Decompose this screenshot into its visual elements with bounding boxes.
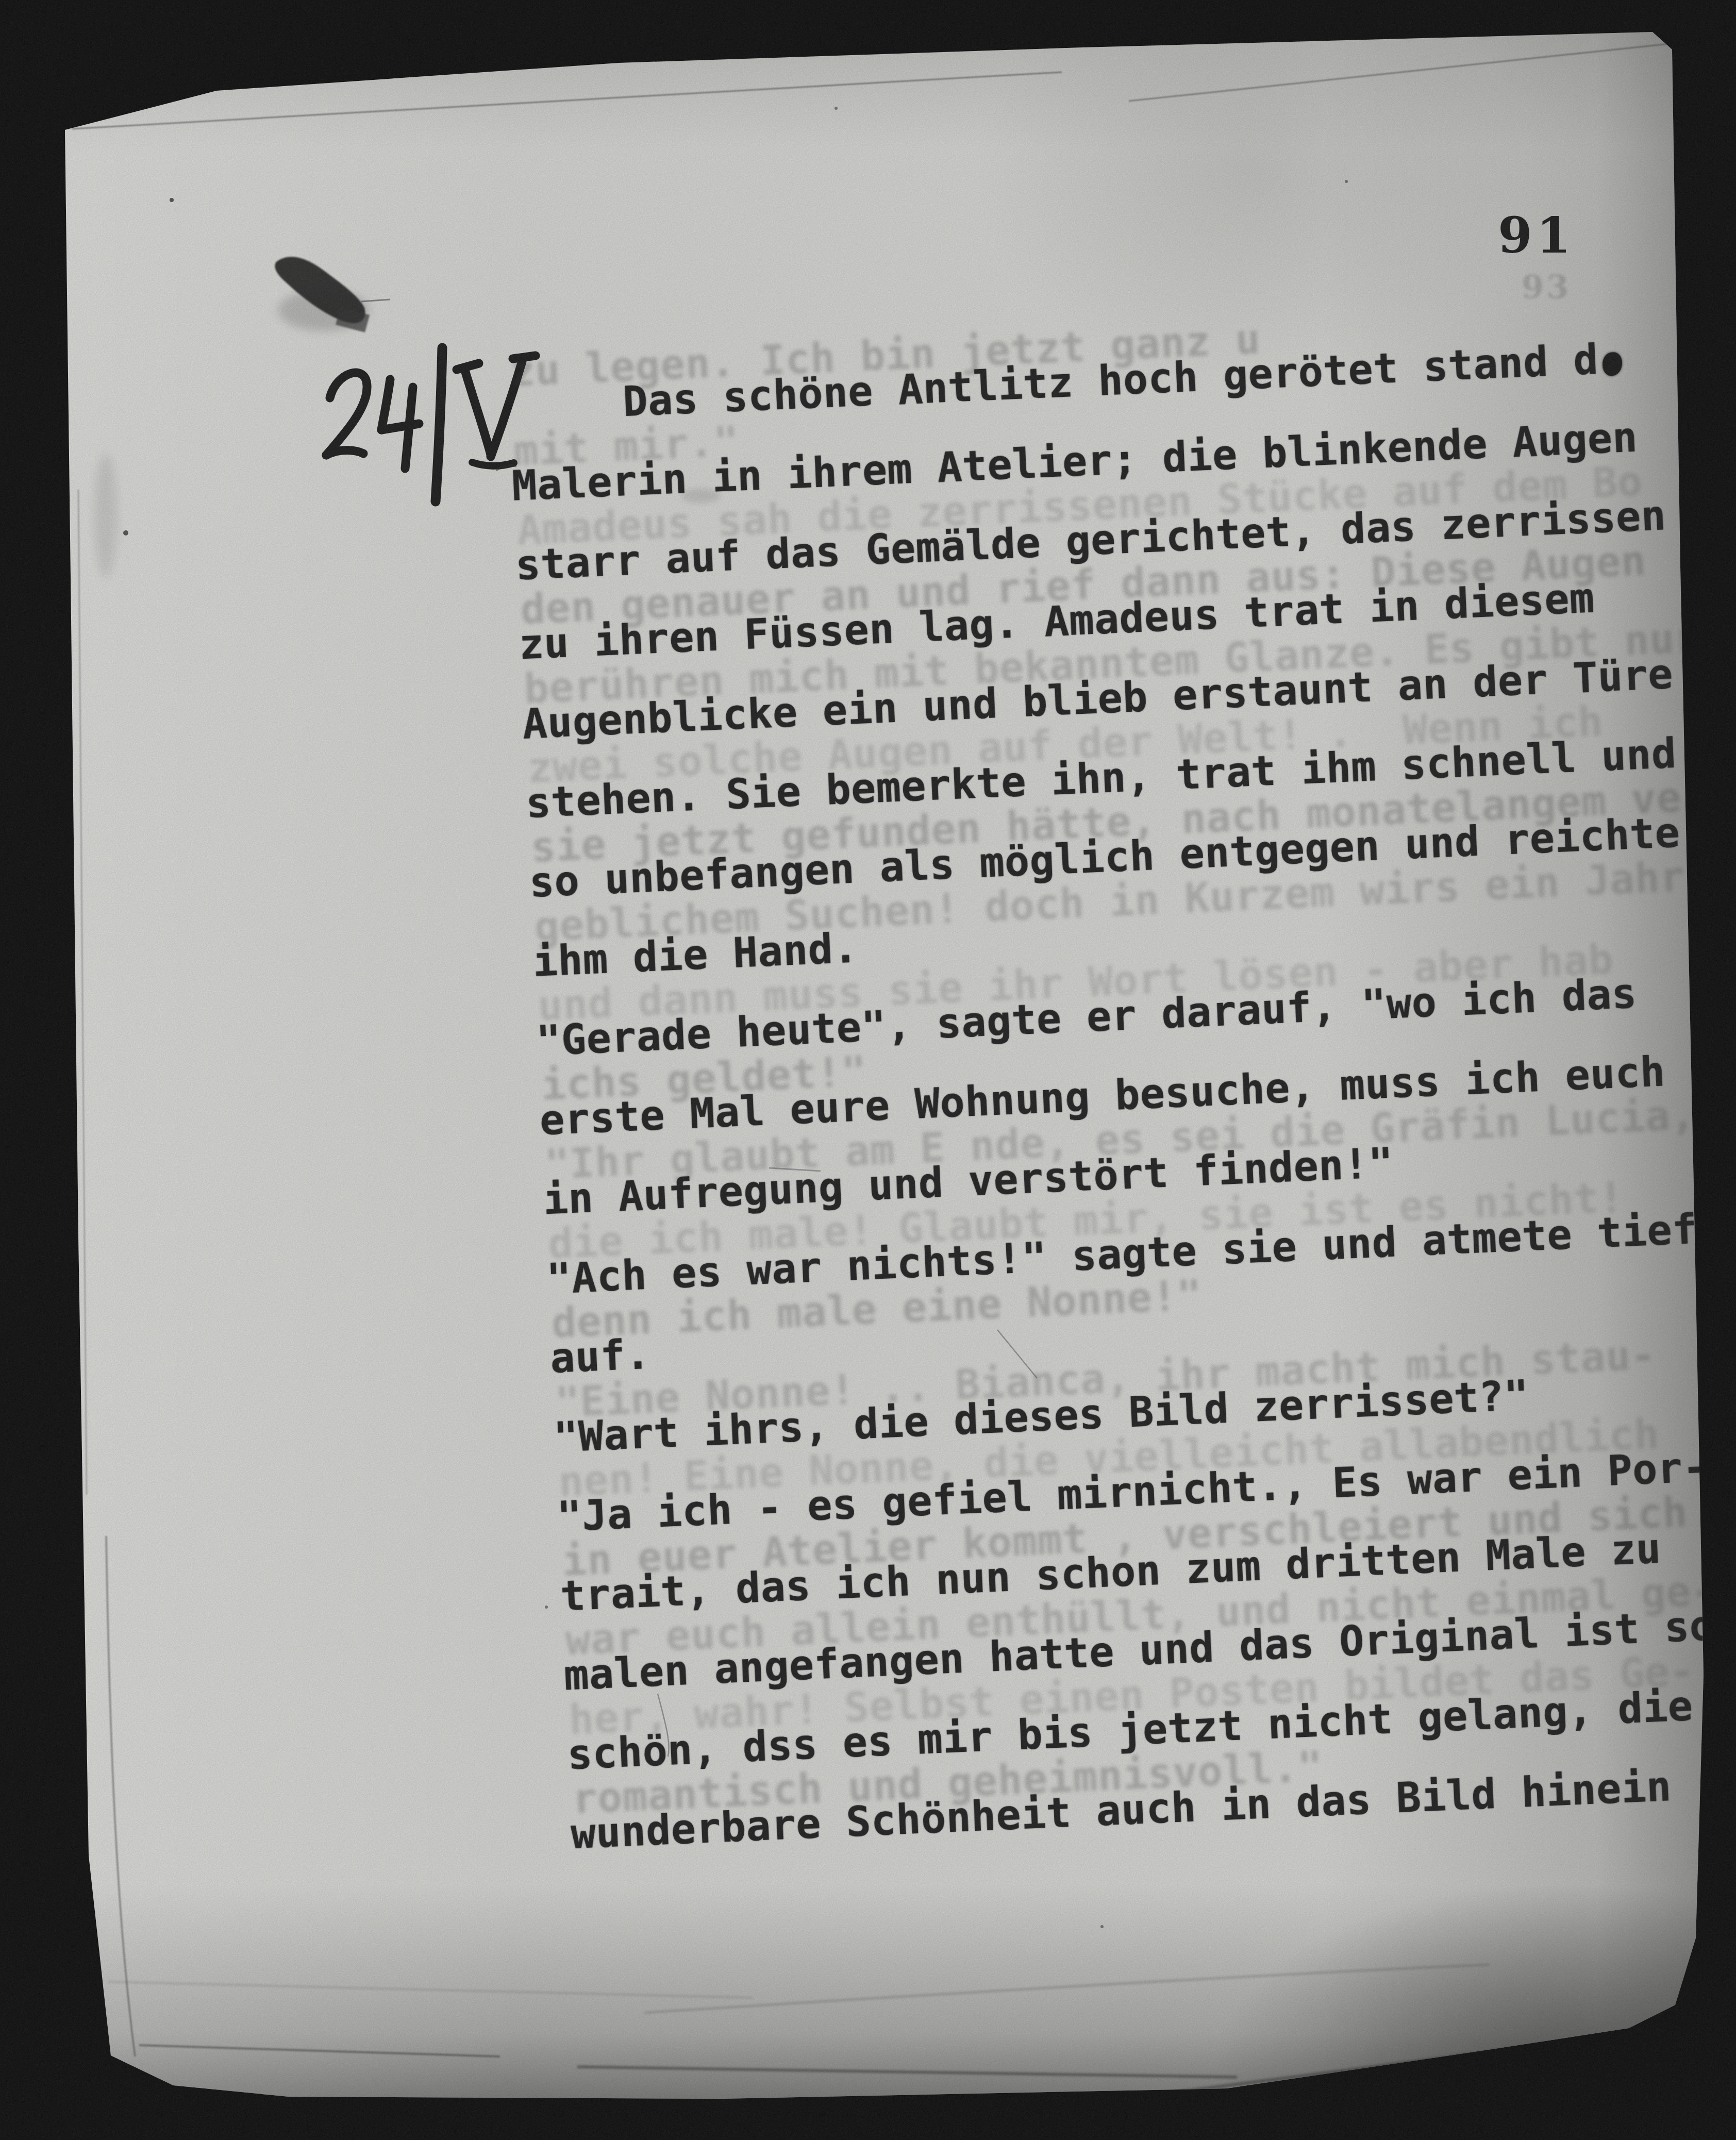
typescript-line: in Aufregung und verstört finden!" — [542, 1143, 1394, 1221]
typescript-line: schön, dss es mir bis jetzt nicht gelang… — [566, 1685, 1694, 1776]
ink-blot — [275, 257, 390, 332]
typescript-line: ihm die Hand. — [532, 927, 859, 982]
typescript-line: "Ja ich - es gefiel mirnicht., Es war ei… — [556, 1447, 1708, 1538]
typescript-line: starr auf das Gemälde gerichtet, das zer… — [514, 495, 1666, 586]
typescript-line: erste Mal eure Wohnung besuche, muss ich… — [539, 1051, 1666, 1141]
page-number: 91 — [1498, 206, 1575, 264]
typescript-line: "Wart ihrs, die dieses Bild zerrisset?" — [553, 1375, 1530, 1459]
handwritten-date — [326, 348, 536, 501]
typescript-line: malen angefangen hatte und das Original … — [563, 1605, 1715, 1696]
film-frame: zu legen. Ich bin jetzt ganz u mit mir."… — [0, 0, 1736, 2140]
typescript-line: Malerin in ihrem Atelier; die blinkende … — [511, 417, 1639, 507]
typescript-line: wunderbare Schönheit auch in das Bild hi… — [570, 1766, 1672, 1855]
ghost-page-number: 93 — [1522, 268, 1571, 306]
document-page: zu legen. Ich bin jetzt ganz u mit mir."… — [0, 0, 1736, 2140]
typescript-line: zu ihren Füssen lag. Amadeus trat in die… — [518, 577, 1595, 665]
typescript-block: Das schöne Antlitz hoch gerötet stand d … — [508, 332, 1736, 1931]
typescript-line: "Ach es war nichts!" sagte sie und atmet… — [546, 1209, 1698, 1300]
typescript-line: auf. — [549, 1334, 652, 1379]
typescript-line: so unbefangen als möglich entgegen und r… — [528, 812, 1680, 904]
typescript-line: Augenblicke ein und blieb erstaunt an de… — [522, 654, 1674, 745]
typescript-line: stehen. Sie bemerkte ihn, trat ihm schne… — [525, 733, 1677, 824]
ink-smudge-dot — [1602, 352, 1623, 377]
typescript-line: "Gerade heute", sagte er darauf, "wo ich… — [536, 973, 1638, 1062]
typescript-line: trait, das ich nun schon zum dritten Mal… — [560, 1528, 1662, 1617]
